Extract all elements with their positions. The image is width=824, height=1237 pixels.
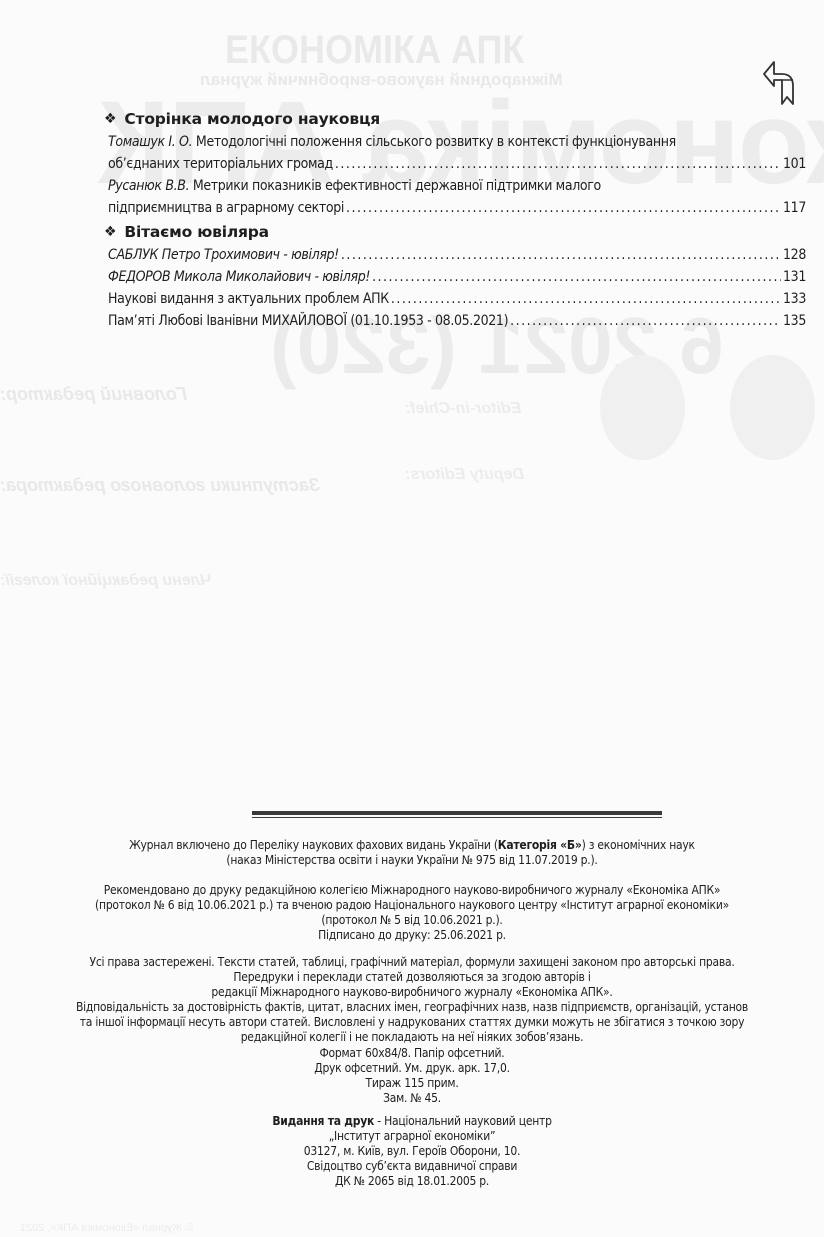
- bleed-through-deputy-en: Deputy Editors:: [405, 466, 524, 484]
- toc-entry[interactable]: Русанюк В.В. Метрики показників ефективн…: [108, 175, 806, 219]
- bleed-through-title: ЕКОНОМІКА АПК: [225, 28, 524, 73]
- publisher-address: 03127, м. Київ, вул. Героїв Оборони, 10.: [40, 1144, 784, 1159]
- entry-title-line1: Метрики показників ефективності державно…: [189, 178, 601, 194]
- rights-line: та іншої інформації несуть автори статей…: [40, 1015, 784, 1030]
- toc-entry[interactable]: Пам’яті Любові Іванівни МИХАЙЛОВОЇ (01.1…: [108, 310, 806, 332]
- entry-page-number[interactable]: 135: [783, 310, 806, 332]
- entry-title-line2: об’єднаних територіальних громад: [108, 153, 333, 175]
- circulation-line: Тираж 115 прим.: [40, 1076, 784, 1091]
- section-divider: [252, 811, 662, 818]
- section-title: Вітаємо ювіляра: [124, 223, 269, 241]
- toc-entry[interactable]: САБЛУК Петро Трохимович - ювіляр! 128: [108, 244, 806, 266]
- dot-leader: [346, 197, 781, 219]
- dot-leader: [391, 288, 781, 310]
- section-title: Сторінка молодого науковця: [124, 110, 380, 128]
- publisher-institute: „Інститут аграрної економіки”: [40, 1129, 784, 1144]
- bleed-through-ornament: [600, 355, 685, 460]
- toc-entry[interactable]: Наукові видання з актуальних проблем АПК…: [108, 288, 806, 310]
- entry-page-number[interactable]: 117: [783, 197, 806, 219]
- rights-line: Відповідальність за достовірність фактів…: [40, 1000, 784, 1015]
- recommendation-line: (протокол № 6 від 10.06.2021 р.) та вчен…: [40, 898, 784, 913]
- print-line: Друк офсетний. Ум. друк. арк. 17,0.: [40, 1061, 784, 1076]
- dot-leader: [341, 244, 781, 266]
- entry-page-number[interactable]: 131: [783, 266, 806, 288]
- entry-author: Русанюк В.В.: [108, 178, 189, 194]
- entry-title-line1: Методологічні положення сільського розви…: [192, 134, 676, 150]
- rights-line: Усі права застережені. Тексти статей, та…: [40, 955, 784, 970]
- entry-author: Томашук І. О.: [108, 134, 192, 150]
- bleed-through-subtitle: Міжнародний науково-виробничий журнал: [200, 70, 563, 90]
- diamond-bullet-icon: ❖: [104, 111, 116, 127]
- section-heading: ❖ Вітаємо ювіляра: [108, 223, 806, 241]
- entry-title: Пам’яті Любові Іванівни МИХАЙЛОВОЇ (01.1…: [108, 310, 508, 332]
- toc-entry[interactable]: Томашук І. О. Методологічні положення сі…: [108, 131, 806, 175]
- entry-page-number[interactable]: 128: [783, 244, 806, 266]
- print-specs: Формат 60х84/8. Папір офсетний. Друк офс…: [40, 1046, 784, 1106]
- publisher-info: Видання та друк - Національний науковий …: [40, 1114, 784, 1189]
- bleed-through-ornament: [730, 355, 815, 460]
- listing-order: (наказ Міністерства освіти і науки Украї…: [40, 853, 784, 868]
- diamond-bullet-icon: ❖: [104, 224, 116, 240]
- recommendation-notice: Рекомендовано до друку редакційною колег…: [40, 883, 784, 943]
- entry-page-number[interactable]: 101: [783, 153, 806, 175]
- order-line: Зам. № 45.: [40, 1091, 784, 1106]
- rights-line: редакції Міжнародного науково-виробничог…: [40, 985, 784, 1000]
- bleed-through-deputy: Заступники головного редактора:: [0, 475, 320, 496]
- publisher-certificate-number: ДК № 2065 від 18.01.2005 р.: [40, 1174, 784, 1189]
- recommendation-line: Рекомендовано до друку редакційною колег…: [40, 883, 784, 898]
- toc-entry[interactable]: ФЕДОРОВ Микола Миколайович - ювіляр! 131: [108, 266, 806, 288]
- entry-page-number[interactable]: 133: [783, 288, 806, 310]
- publisher-name: - Національний науковий центр: [374, 1114, 552, 1128]
- entry-title: ФЕДОРОВ Микола Миколайович - ювіляр!: [108, 266, 370, 288]
- bleed-through-chief-editor: Головний редактор:: [0, 384, 187, 405]
- dot-leader: [335, 153, 781, 175]
- bleed-through-board: Члени редакційної колегії:: [0, 572, 212, 590]
- entry-title: САБЛУК Петро Трохимович - ювіляр!: [108, 244, 339, 266]
- listing-text: Журнал включено до Переліку наукових фах…: [129, 838, 498, 852]
- section-heading: ❖ Сторінка молодого науковця: [108, 110, 806, 128]
- publisher-label: Видання та друк: [272, 1114, 374, 1128]
- table-of-contents: ❖ Сторінка молодого науковця Томашук І. …: [108, 110, 806, 332]
- bleed-through-editor-en: Editor-in-Chief:: [405, 400, 521, 418]
- recommendation-line: (протокол № 5 від 10.06.2021 р.).: [40, 913, 784, 928]
- entry-title-line2: підприємництва в аграрному секторі: [108, 197, 344, 219]
- dot-leader: [510, 310, 781, 332]
- rights-notice: Усі права застережені. Тексти статей, та…: [40, 955, 784, 1045]
- bleed-through-footer: © Журнал «Економіка АПК», 2021: [20, 1222, 194, 1234]
- publisher-certificate: Свідоцтво суб’єкта видавничої справи: [40, 1159, 784, 1174]
- category-badge: Категорія «Б»: [498, 838, 582, 852]
- rights-line: Передруки і переклади статей дозволяютьс…: [40, 970, 784, 985]
- listing-text: ) з економічних наук: [582, 838, 695, 852]
- entry-title: Наукові видання з актуальних проблем АПК: [108, 288, 389, 310]
- rights-line: редакційної колегії і не покладають на н…: [40, 1030, 784, 1045]
- listing-notice: Журнал включено до Переліку наукових фах…: [40, 838, 784, 868]
- dot-leader: [372, 266, 781, 288]
- signed-date: Підписано до друку: 25.06.2021 р.: [40, 928, 784, 943]
- format-line: Формат 60х84/8. Папір офсетний.: [40, 1046, 784, 1061]
- back-bookmark-icon[interactable]: [762, 60, 798, 108]
